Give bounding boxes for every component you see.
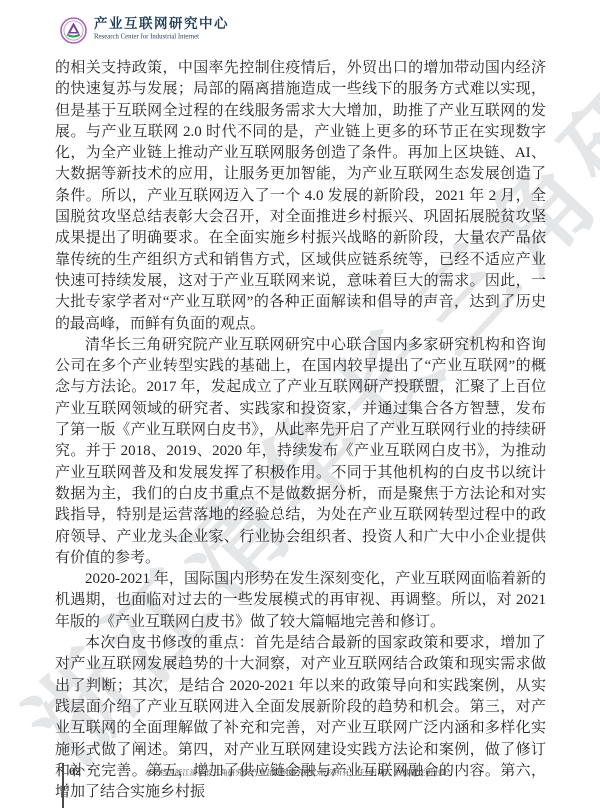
page-header: 产业互联网研究中心 Research Center for Industrial…	[60, 17, 248, 44]
document-body: 的相关支持政策，中国率先控制住疫情后，外贸出口的增加带动国内经济的快速复苏与发展…	[55, 58, 546, 803]
copyright-line-wrap: 本文档为浙江清华长三角研究院产业互联网研究中心版权所有，任何引用、转载请注明出处…	[0, 765, 600, 783]
document-page: 浙江清华长三角研究院 产业互联网研究中心 Research Center for…	[0, 0, 600, 808]
body-paragraph-1: 的相关支持政策，中国率先控制住疫情后，外贸出口的增加带动国内经济的快速复苏与发展…	[55, 58, 546, 335]
org-name-block: 产业互联网研究中心 Research Center for Industrial…	[94, 17, 248, 44]
body-paragraph-2: 清华长三角研究院产业互联网研究中心联合国内多家研究机构和咨询公司在多个产业转型实…	[55, 335, 546, 569]
page-footer: 02 本文档为浙江清华长三角研究院产业互联网研究中心版权所有，任何引用、转载请注…	[0, 762, 600, 808]
copyright-line: 本文档为浙江清华长三角研究院产业互联网研究中心版权所有，任何引用、转载请注明出处…	[144, 766, 456, 777]
org-name-zh: 产业互联网研究中心	[94, 17, 248, 32]
org-logo-icon	[60, 17, 87, 44]
org-name-en: Research Center for Industrial Internet	[94, 33, 199, 40]
body-paragraph-3: 2020-2021 年，国际国内形势在发生深刻变化，产业互联网面临着新的机遇期，…	[55, 569, 546, 633]
